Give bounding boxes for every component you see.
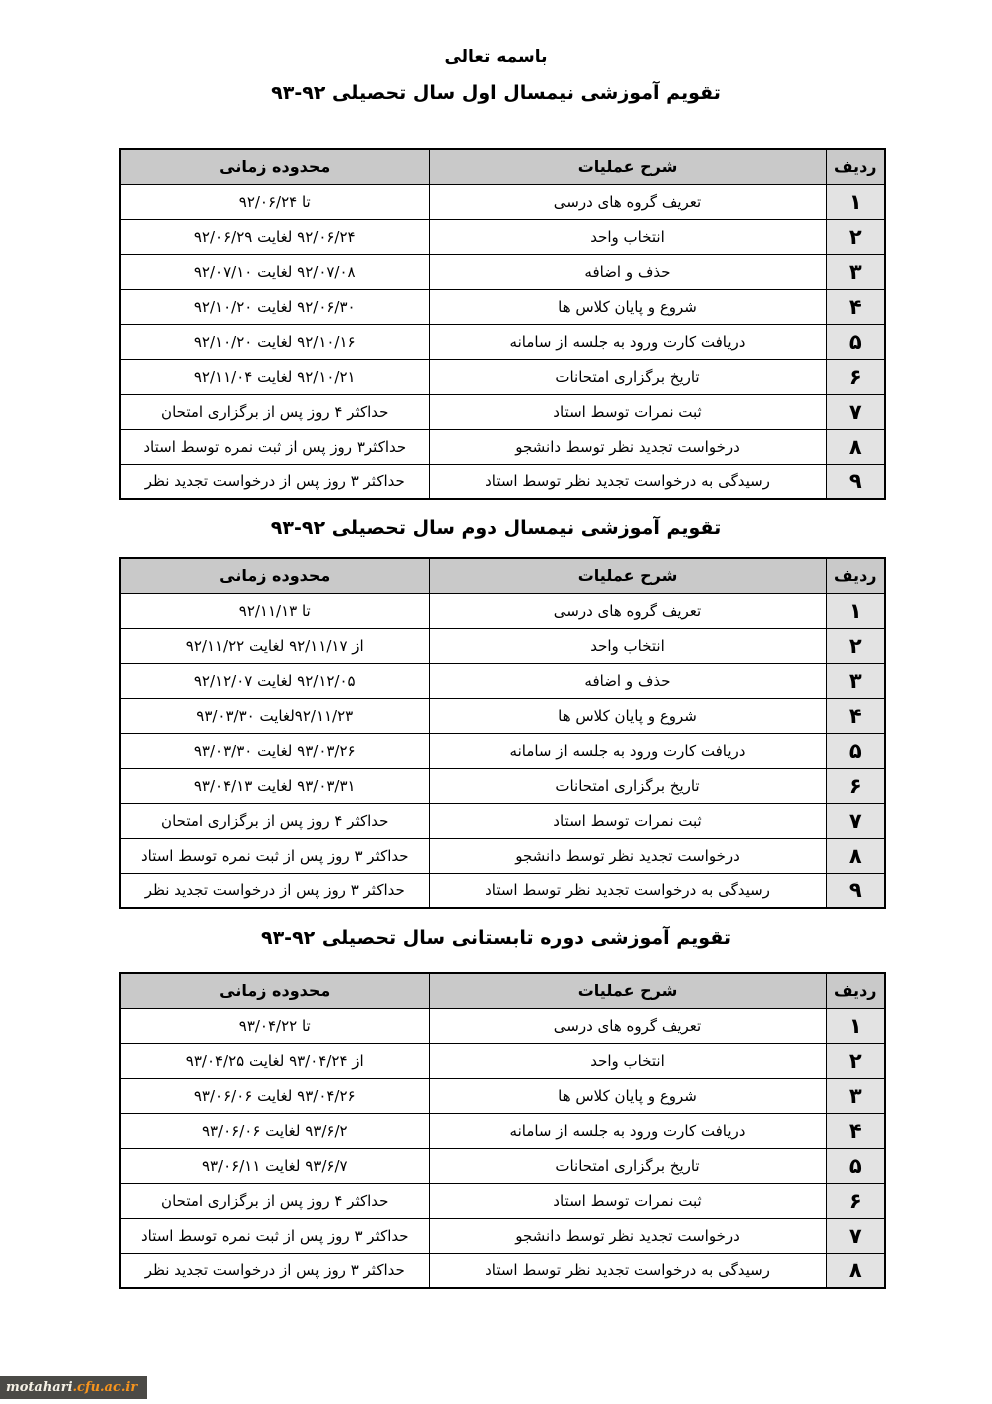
period-cell: ۹۲/۰۷/۰۸ لغایت ۹۲/۰۷/۱۰: [120, 254, 429, 289]
row-number-cell: ۳: [826, 1078, 885, 1113]
table-row: ۹رسیدگی به درخواست تجدید نظر توسط استادح…: [120, 464, 885, 499]
period-cell: ۹۲/۱۲/۰۵ لغایت ۹۲/۱۲/۰۷: [120, 663, 429, 698]
period-cell: ۹۲/۱۰/۱۶ لغایت ۹۲/۱۰/۲۰: [120, 324, 429, 359]
row-number-cell: ۲: [826, 628, 885, 663]
column-header-period: محدوده زمانی: [120, 149, 429, 184]
row-number-cell: ۴: [826, 1113, 885, 1148]
period-cell: ۹۳/۶/۷ لغایت ۹۳/۰۶/۱۱: [120, 1148, 429, 1183]
period-cell: ۹۳/۰۳/۳۱ لغایت ۹۳/۰۴/۱۳: [120, 768, 429, 803]
period-cell: از ۹۲/۱۱/۱۷ لغایت ۹۲/۱۱/۲۲: [120, 628, 429, 663]
period-cell: تا ۹۲/۰۶/۲۴: [120, 184, 429, 219]
table-row: ۴دریافت کارت ورود به جلسه از سامانه۹۳/۶/…: [120, 1113, 885, 1148]
operation-cell: رسیدگی به درخواست تجدید نظر توسط استاد: [429, 1253, 826, 1288]
table-row: ۳حذف و اضافه۹۲/۰۷/۰۸ لغایت ۹۲/۰۷/۱۰: [120, 254, 885, 289]
column-header-period: محدوده زمانی: [120, 558, 429, 593]
operation-cell: تاریخ برگزاری امتحانات: [429, 1148, 826, 1183]
operation-cell: شروع و پایان کلاس ها: [429, 289, 826, 324]
row-number-cell: ۳: [826, 663, 885, 698]
calendar-table-first-semester: ردیف شرح عملیات محدوده زمانی ۱تعریف گروه…: [119, 148, 886, 500]
period-cell: حداکثر ۳ روز پس از درخواست تجدید نظر: [120, 873, 429, 908]
row-number-cell: ۷: [826, 1218, 885, 1253]
table-row: ۱تعریف گروه های درسیتا ۹۲/۱۱/۱۳: [120, 593, 885, 628]
period-cell: تا ۹۳/۰۴/۲۲: [120, 1008, 429, 1043]
table-row: ۴شروع و پایان کلاس ها۹۲/۰۶/۳۰ لغایت ۹۲/۱…: [120, 289, 885, 324]
calendar-table-summer-term: ردیف شرح عملیات محدوده زمانی ۱تعریف گروه…: [119, 972, 886, 1289]
table-title-first-semester: تقویم آموزشی نیمسال اول سال تحصیلی ۹۲-۹۳: [0, 78, 992, 108]
table-row: ۷ثبت نمرات توسط استادحداکثر ۴ روز پس از …: [120, 394, 885, 429]
table-row: ۵دریافت کارت ورود به جلسه از سامانه۹۲/۱۰…: [120, 324, 885, 359]
table-row: ۶ثبت نمرات توسط استادحداکثر ۴ روز پس از …: [120, 1183, 885, 1218]
row-number-cell: ۶: [826, 1183, 885, 1218]
operation-cell: ثبت نمرات توسط استاد: [429, 803, 826, 838]
column-header-row-number: ردیف: [826, 149, 885, 184]
operation-cell: انتخاب واحد: [429, 1043, 826, 1078]
column-header-row-number: ردیف: [826, 558, 885, 593]
operation-cell: دریافت کارت ورود به جلسه از سامانه: [429, 324, 826, 359]
period-cell: ۹۲/۱۱/۲۳لغایت ۹۳/۰۳/۳۰: [120, 698, 429, 733]
table-row: ۴شروع و پایان کلاس ها۹۲/۱۱/۲۳لغایت ۹۳/۰۳…: [120, 698, 885, 733]
row-number-cell: ۷: [826, 803, 885, 838]
operation-cell: درخواست تجدید نظر توسط دانشجو: [429, 838, 826, 873]
row-number-cell: ۹: [826, 873, 885, 908]
period-cell: حداکثر۳ روز پس از ثبت نمره توسط استاد: [120, 429, 429, 464]
row-number-cell: ۸: [826, 1253, 885, 1288]
period-cell: حداکثر ۳ روز پس از ثبت نمره توسط استاد: [120, 838, 429, 873]
period-cell: حداکثر ۴ روز پس از برگزاری امتحان: [120, 1183, 429, 1218]
operation-cell: حذف و اضافه: [429, 254, 826, 289]
table-title-second-semester: تقویم آموزشی نیمسال دوم سال تحصیلی ۹۲-۹۳: [0, 513, 992, 543]
table-row: ۶تاریخ برگزاری امتحانات۹۳/۰۳/۳۱ لغایت ۹۳…: [120, 768, 885, 803]
column-header-row-number: ردیف: [826, 973, 885, 1008]
row-number-cell: ۱: [826, 184, 885, 219]
row-number-cell: ۶: [826, 768, 885, 803]
period-cell: ۹۳/۰۴/۲۶ لغایت ۹۳/۰۶/۰۶: [120, 1078, 429, 1113]
table-row: ۸درخواست تجدید نظر توسط دانشجوحداکثر۳ رو…: [120, 429, 885, 464]
operation-cell: انتخاب واحد: [429, 219, 826, 254]
operation-cell: رسیدگی به درخواست تجدید نظر توسط استاد: [429, 464, 826, 499]
table-row: ۲انتخاب واحداز ۹۳/۰۴/۲۴ لغایت ۹۳/۰۴/۲۵: [120, 1043, 885, 1078]
table-row: ۸رسیدگی به درخواست تجدید نظر توسط استادح…: [120, 1253, 885, 1288]
table-row: ۲انتخاب واحداز ۹۲/۱۱/۱۷ لغایت ۹۲/۱۱/۲۲: [120, 628, 885, 663]
operation-cell: تعریف گروه های درسی: [429, 1008, 826, 1043]
table-row: ۳شروع و پایان کلاس ها۹۳/۰۴/۲۶ لغایت ۹۳/۰…: [120, 1078, 885, 1113]
operation-cell: دریافت کارت ورود به جلسه از سامانه: [429, 1113, 826, 1148]
document-page: باسمه تعالی تقویم آموزشی نیمسال اول سال …: [0, 0, 992, 1289]
row-number-cell: ۹: [826, 464, 885, 499]
row-number-cell: ۲: [826, 219, 885, 254]
table-header-row: ردیف شرح عملیات محدوده زمانی: [120, 973, 885, 1008]
period-cell: ۹۲/۰۶/۲۴ لغایت ۹۲/۰۶/۲۹: [120, 219, 429, 254]
operation-cell: درخواست تجدید نظر توسط دانشجو: [429, 1218, 826, 1253]
operation-cell: درخواست تجدید نظر توسط دانشجو: [429, 429, 826, 464]
operation-cell: رسیدگی به درخواست تجدید نظر توسط استاد: [429, 873, 826, 908]
row-number-cell: ۳: [826, 254, 885, 289]
table-row: ۵دریافت کارت ورود به جلسه از سامانه۹۳/۰۳…: [120, 733, 885, 768]
row-number-cell: ۱: [826, 1008, 885, 1043]
period-cell: ۹۳/۶/۲ لغایت ۹۳/۰۶/۰۶: [120, 1113, 429, 1148]
operation-cell: دریافت کارت ورود به جلسه از سامانه: [429, 733, 826, 768]
row-number-cell: ۵: [826, 1148, 885, 1183]
table-row: ۱تعریف گروه های درسیتا ۹۳/۰۴/۲۲: [120, 1008, 885, 1043]
operation-cell: تعریف گروه های درسی: [429, 184, 826, 219]
table-row: ۷درخواست تجدید نظر توسط دانشجوحداکثر ۳ ر…: [120, 1218, 885, 1253]
row-number-cell: ۴: [826, 289, 885, 324]
operation-cell: تاریخ برگزاری امتحانات: [429, 768, 826, 803]
site-watermark: motahari.cfu.ac.ir: [0, 1376, 147, 1399]
operation-cell: شروع و پایان کلاس ها: [429, 698, 826, 733]
row-number-cell: ۵: [826, 733, 885, 768]
calendar-table-second-semester: ردیف شرح عملیات محدوده زمانی ۱تعریف گروه…: [119, 557, 886, 909]
site-watermark-name: motahari: [6, 1380, 73, 1395]
row-number-cell: ۸: [826, 838, 885, 873]
column-header-period: محدوده زمانی: [120, 973, 429, 1008]
period-cell: ۹۲/۰۶/۳۰ لغایت ۹۲/۱۰/۲۰: [120, 289, 429, 324]
column-header-operation: شرح عملیات: [429, 558, 826, 593]
table-row: ۹رسیدگی به درخواست تجدید نظر توسط استادح…: [120, 873, 885, 908]
site-watermark-domain: .cfu.ac.ir: [73, 1380, 138, 1395]
period-cell: ۹۲/۱۰/۲۱ لغایت ۹۲/۱۱/۰۴: [120, 359, 429, 394]
operation-cell: شروع و پایان کلاس ها: [429, 1078, 826, 1113]
row-number-cell: ۴: [826, 698, 885, 733]
row-number-cell: ۲: [826, 1043, 885, 1078]
row-number-cell: ۵: [826, 324, 885, 359]
row-number-cell: ۱: [826, 593, 885, 628]
period-cell: حداکثر ۳ روز پس از درخواست تجدید نظر: [120, 464, 429, 499]
operation-cell: تعریف گروه های درسی: [429, 593, 826, 628]
period-cell: از ۹۳/۰۴/۲۴ لغایت ۹۳/۰۴/۲۵: [120, 1043, 429, 1078]
table-row: ۷ثبت نمرات توسط استادحداکثر ۴ روز پس از …: [120, 803, 885, 838]
bismillah-heading: باسمه تعالی: [0, 44, 992, 70]
operation-cell: ثبت نمرات توسط استاد: [429, 1183, 826, 1218]
operation-cell: حذف و اضافه: [429, 663, 826, 698]
period-cell: تا ۹۲/۱۱/۱۳: [120, 593, 429, 628]
table-row: ۸درخواست تجدید نظر توسط دانشجوحداکثر ۳ ر…: [120, 838, 885, 873]
row-number-cell: ۸: [826, 429, 885, 464]
table-row: ۳حذف و اضافه۹۲/۱۲/۰۵ لغایت ۹۲/۱۲/۰۷: [120, 663, 885, 698]
table-header-row: ردیف شرح عملیات محدوده زمانی: [120, 558, 885, 593]
operation-cell: ثبت نمرات توسط استاد: [429, 394, 826, 429]
row-number-cell: ۷: [826, 394, 885, 429]
table-row: ۱تعریف گروه های درسیتا ۹۲/۰۶/۲۴: [120, 184, 885, 219]
operation-cell: تاریخ برگزاری امتحانات: [429, 359, 826, 394]
row-number-cell: ۶: [826, 359, 885, 394]
period-cell: ۹۳/۰۳/۲۶ لغایت ۹۳/۰۳/۳۰: [120, 733, 429, 768]
table-header-row: ردیف شرح عملیات محدوده زمانی: [120, 149, 885, 184]
column-header-operation: شرح عملیات: [429, 973, 826, 1008]
table-row: ۶تاریخ برگزاری امتحانات۹۲/۱۰/۲۱ لغایت ۹۲…: [120, 359, 885, 394]
table-title-summer-term: تقویم آموزشی دوره تابستانی سال تحصیلی ۹۲…: [0, 923, 992, 953]
column-header-operation: شرح عملیات: [429, 149, 826, 184]
table-row: ۲انتخاب واحد۹۲/۰۶/۲۴ لغایت ۹۲/۰۶/۲۹: [120, 219, 885, 254]
period-cell: حداکثر ۳ روز پس از درخواست تجدید نظر: [120, 1253, 429, 1288]
operation-cell: انتخاب واحد: [429, 628, 826, 663]
period-cell: حداکثر ۴ روز پس از برگزاری امتحان: [120, 394, 429, 429]
table-row: ۵تاریخ برگزاری امتحانات۹۳/۶/۷ لغایت ۹۳/۰…: [120, 1148, 885, 1183]
period-cell: حداکثر ۴ روز پس از برگزاری امتحان: [120, 803, 429, 838]
period-cell: حداکثر ۳ روز پس از ثبت نمره توسط استاد: [120, 1218, 429, 1253]
